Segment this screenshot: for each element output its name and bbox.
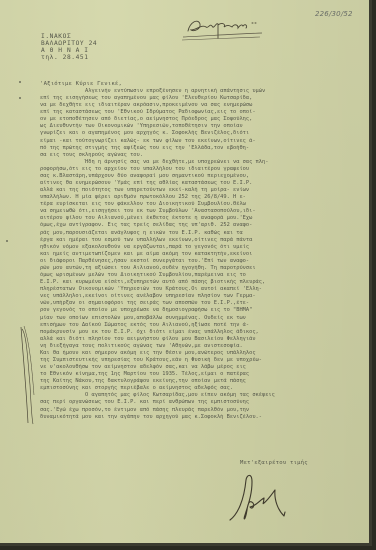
body-line: σα εις τους σκληρούς αγώνας του. — [40, 152, 364, 159]
margin-dot — [19, 97, 21, 99]
body-line: Και θα ήμουν και σήμερον ακόμη εις την θ… — [40, 350, 364, 357]
body-line: νε ν'ακολουθήσω τον αείμνηστον αδελφόν σ… — [40, 364, 364, 371]
body-line: επί της καταστάσεως του 'Εθνικού Ιδρύματ… — [40, 109, 364, 116]
body-line: ρον γεγονός το οποίον με υποχρέωσε να δη… — [40, 307, 364, 314]
body-line: οι διάφοροι Παρθένησες,ήσαν εκστοί συνερ… — [40, 258, 364, 265]
body-line: τέρα ευρίσκεται εις τον φάκελλον του Διο… — [40, 201, 364, 208]
body-line: δυναμικότητά μου και την αγάπην του αρχη… — [40, 414, 364, 421]
body-line: νη διεξήγαγα τους πολιτικούς αγώνας των … — [40, 343, 364, 350]
body-line: της Καίτης Νάκου,της δακτυλογράφου εκείν… — [40, 378, 364, 385]
body-line: όμως ωρισμένων μελών του Διοικητικού Συμ… — [40, 272, 364, 279]
body-line: γνωρίζει και ο αγαπημένος μου αρχηγός κ.… — [40, 130, 364, 137]
body-line: ον με ετοποθέτησεν από διετίας,ο αείμνησ… — [40, 116, 364, 123]
body-line: Ήδη η άρνησίς σας να με δεχθήτε,με υποχρ… — [40, 159, 364, 166]
body-line: επί της εισηγήσεως του αγαπημένου μας φί… — [40, 95, 364, 102]
body-line: ροφορήσω,ότι εις το αρχείον του υπαλλήλο… — [40, 166, 364, 173]
margin-dot — [19, 81, 21, 83]
salutation: 'Αξιότιμε Κύριε Γενικέ, — [40, 81, 122, 87]
sender-city: Α Θ Η Ν Α Ι — [41, 47, 97, 54]
body-line: της Συμπιστευτικής υπηρεσίας του Κράτους… — [40, 357, 364, 364]
body-line: έργα και ημέραι του εσμού των υπαλλήλων … — [40, 237, 364, 244]
closing-line: Μετ'εξαιρέτου τιμής — [240, 460, 308, 466]
body-line: και ημείς αντιμετωπίζομεν και με αίμα ακ… — [40, 251, 364, 258]
body-line: υπαλλήλων. Η μία φέρει αριθμόν πρωτοκόλλ… — [40, 194, 364, 201]
body-line: ράς μου,παρουσιάζεται ανάγλυφος η εικών … — [40, 230, 364, 237]
margin-dot — [6, 240, 8, 242]
margin-pen-mark — [18, 325, 38, 425]
body-line: πομάκρυνσίν μου εκ του Ε.Ι.Ρ. όχι διότι … — [40, 329, 364, 336]
letter-page: 226/30/52 αδιάφορον Ι.ΝΑΚΟΣ ΒΑΛΑΩΡΙΤΟΥ 2… — [0, 0, 372, 546]
sender-block: Ι.ΝΑΚΟΣ ΒΑΛΑΩΡΙΤΟΥ 24 Α Θ Η Ν Α Ι τηλ. 2… — [41, 33, 97, 61]
body-line: νών,υπήρξαν οι σημαιοφόροι της σειράς τω… — [40, 300, 364, 307]
body-line: ρών μου αυτών,τη αξιώσει του Αιλιανού,ου… — [40, 265, 364, 272]
body-line: εμπιστοσύνης και στοργής περιέβαλε ο αεί… — [40, 385, 364, 392]
body-line: ως Διευθυντήν των Οικονομικών 'Υπηρεσιών… — [40, 123, 364, 130]
body-line: πληρέστατων Οικονομικών 'Υπηρεσιών του Κ… — [40, 286, 364, 293]
sender-name: Ι.ΝΑΚΟΣ — [41, 33, 97, 40]
body-line: αλλά και της ποιότητος των υπηρετούντων … — [40, 187, 364, 194]
handwritten-annotation: αδιάφορον — [180, 12, 265, 42]
body-line: σας.'Εγώ έχω προσόν,το έντιμον από πάσης… — [40, 407, 364, 414]
body-line: Αλγεινήν εντύπωσιν επροξένησεν η αρνητικ… — [40, 88, 364, 95]
body-line: Ο αγαπητός μας φίλος Κωτσαρίδας,μου είπε… — [40, 392, 364, 399]
body-line: όμως,έχω αντίγραφον. Εις τας τρείς σελίδ… — [40, 222, 364, 229]
sender-street: ΒΑΛΑΩΡΙΤΟΥ 24 — [41, 40, 97, 47]
body-line: πό της πρώτης στιγμής της αφίξεώς του ει… — [40, 145, 364, 152]
body-line: αλλά και διότι πλησίον του αειμνήστου φί… — [40, 336, 364, 343]
body-line: να με δεχθήτε εις ιδιαιτέραν ακρόασιν,πρ… — [40, 102, 364, 109]
signature: Νάκος — [228, 470, 288, 525]
body-line: σας κ.Βλαστάρη,υπάρχουν δύο αναφοραί μου… — [40, 173, 364, 180]
body-line: να σημειωθώ ότι,εισηγήσει του εκ των Συμ… — [40, 208, 364, 215]
body-line: νες υπάλληλοι,εκείνοι οίτινες ανέλαβον υ… — [40, 293, 364, 300]
body-line: επισήμων του Δαϊκού Σώματος εκτός του Αι… — [40, 322, 364, 329]
body-line: είμαι -και τούτογνωρίζει καλώς- εκ των φ… — [40, 138, 364, 145]
body-line: Ε.Ι.Ρ. και κυρωμένα είσέτι,εξυπηρετών αυ… — [40, 279, 364, 286]
body-line: μίαν των οποίων επιστολών μου,αποβάλλω σ… — [40, 315, 364, 322]
archive-number: 226/30/52 — [315, 10, 353, 18]
sender-phone: τηλ. 28.451 — [41, 54, 97, 61]
body-line: αιτέρου φίλου του Αιλιανού,μένει έκθετος… — [40, 215, 364, 222]
body-line: σας περί οργανώσεως του Ε.Ι.Ρ. και περί … — [40, 399, 364, 406]
letter-body: Αλγεινήν εντύπωσιν επροξένησεν η αρνητικ… — [40, 88, 364, 421]
body-line: αίτινες θα ενημερώσουν 'Υμάς επί της αθλ… — [40, 180, 364, 187]
body-line: το Εθνικόν κίνημα,της 1ης Μαρτίου του 19… — [40, 371, 364, 378]
body-line: ηθικόν νόμον εξακολουθούν να εργάζωνται,… — [40, 244, 364, 251]
